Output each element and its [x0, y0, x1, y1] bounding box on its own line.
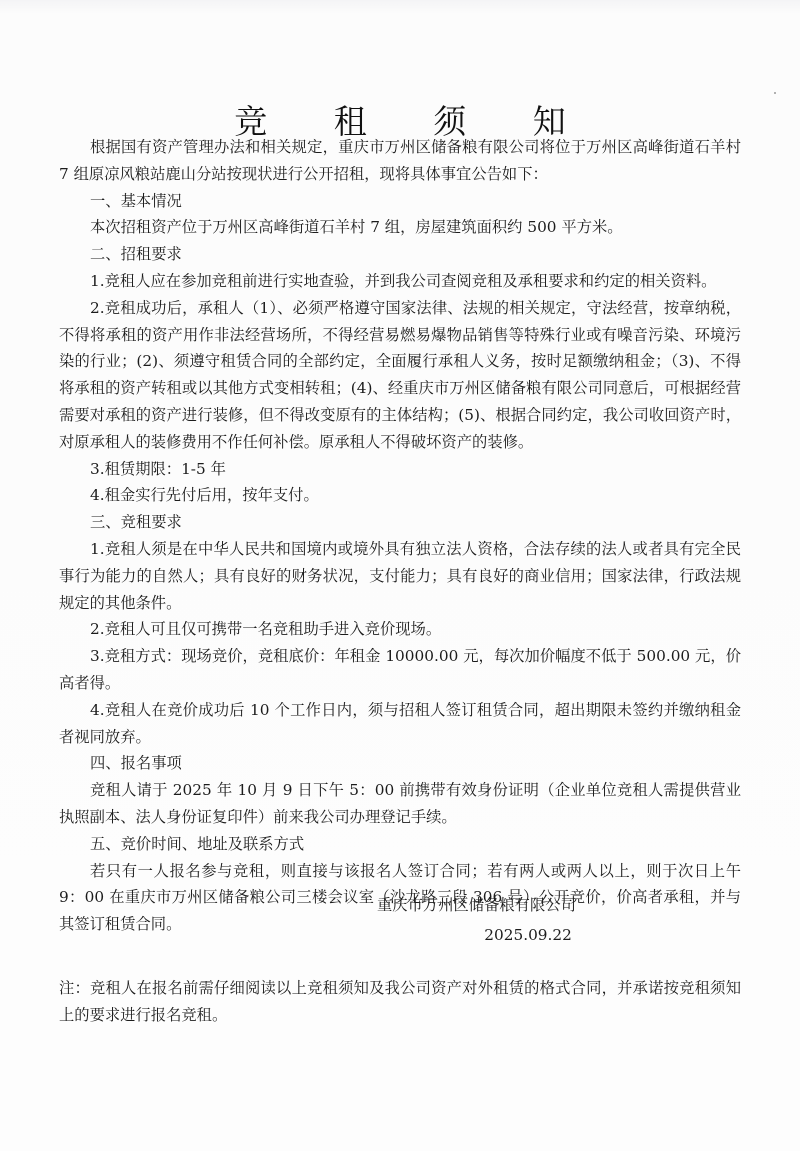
section-paragraph: 本次招租资产位于万州区高峰街道石羊村 7 组，房屋建筑面积约 500 平方米。 [59, 214, 741, 241]
section-registration: 四、报名事项 竞租人请于 2025 年 10 月 9 日下午 5：00 前携带有… [59, 750, 741, 830]
section-heading: 四、报名事项 [59, 750, 741, 777]
document-page: 竞 租 须 知 根据国有资产管理办法和相关规定，重庆市万州区储备粮有限公司将位于… [0, 0, 800, 1151]
section-paragraph: 1.竞租人须是在中华人民共和国境内或境外具有独立法人资格，合法存续的法人或者具有… [59, 536, 741, 616]
section-paragraph: 4.竞租人在竞价成功后 10 个工作日内，须与招租人签订租赁合同，超出期限未签约… [59, 697, 741, 751]
intro-paragraph: 根据国有资产管理办法和相关规定，重庆市万州区储备粮有限公司将位于万州区高峰街道石… [59, 134, 741, 188]
section-paragraph: 3.竞租方式：现场竞价，竞租底价：年租金 10000.00 元，每次加价幅度不低… [59, 643, 741, 697]
section-paragraph: 1.竞租人应在参加竞租前进行实地查验，并到我公司查阅竞租及承租要求和约定的相关资… [59, 268, 741, 295]
section-paragraph: 2.竞租人可且仅可携带一名竞租助手进入竞价现场。 [59, 616, 741, 643]
section-heading: 二、招租要求 [59, 241, 741, 268]
section-bidding-requirements: 三、竞租要求 1.竞租人须是在中华人民共和国境内或境外具有独立法人资格，合法存续… [59, 509, 741, 750]
scan-speck [774, 92, 776, 94]
signature-company: 重庆市万州区储备粮有限公司 [377, 892, 576, 918]
section-basic-info: 一、基本情况 本次招租资产位于万州区高峰街道石羊村 7 组，房屋建筑面积约 50… [59, 188, 741, 242]
section-heading: 一、基本情况 [59, 188, 741, 215]
section-paragraph: 4.租金实行先付后用，按年支付。 [59, 482, 741, 509]
section-leasing-requirements: 二、招租要求 1.竞租人应在参加竞租前进行实地查验，并到我公司查阅竞租及承租要求… [59, 241, 741, 509]
section-paragraph: 3.租赁期限：1-5 年 [59, 456, 741, 483]
section-paragraph: 竞租人请于 2025 年 10 月 9 日下午 5：00 前携带有效身份证明（企… [59, 777, 741, 831]
document-body: 根据国有资产管理办法和相关规定，重庆市万州区储备粮有限公司将位于万州区高峰街道石… [59, 134, 741, 938]
section-heading: 三、竞租要求 [59, 509, 741, 536]
section-paragraph: 2.竞租成功后，承租人（1）、必须严格遵守国家法律、法规的相关规定，守法经营，按… [59, 295, 741, 456]
footnote: 注：竞租人在报名前需仔细阅读以上竞租须知及我公司资产对外租赁的格式合同，并承诺按… [59, 975, 741, 1029]
section-heading: 五、竞价时间、地址及联系方式 [59, 831, 741, 858]
signature-block: 重庆市万州区储备粮有限公司 2025.09.22 [377, 892, 576, 948]
signature-date: 2025.09.22 [377, 922, 576, 948]
